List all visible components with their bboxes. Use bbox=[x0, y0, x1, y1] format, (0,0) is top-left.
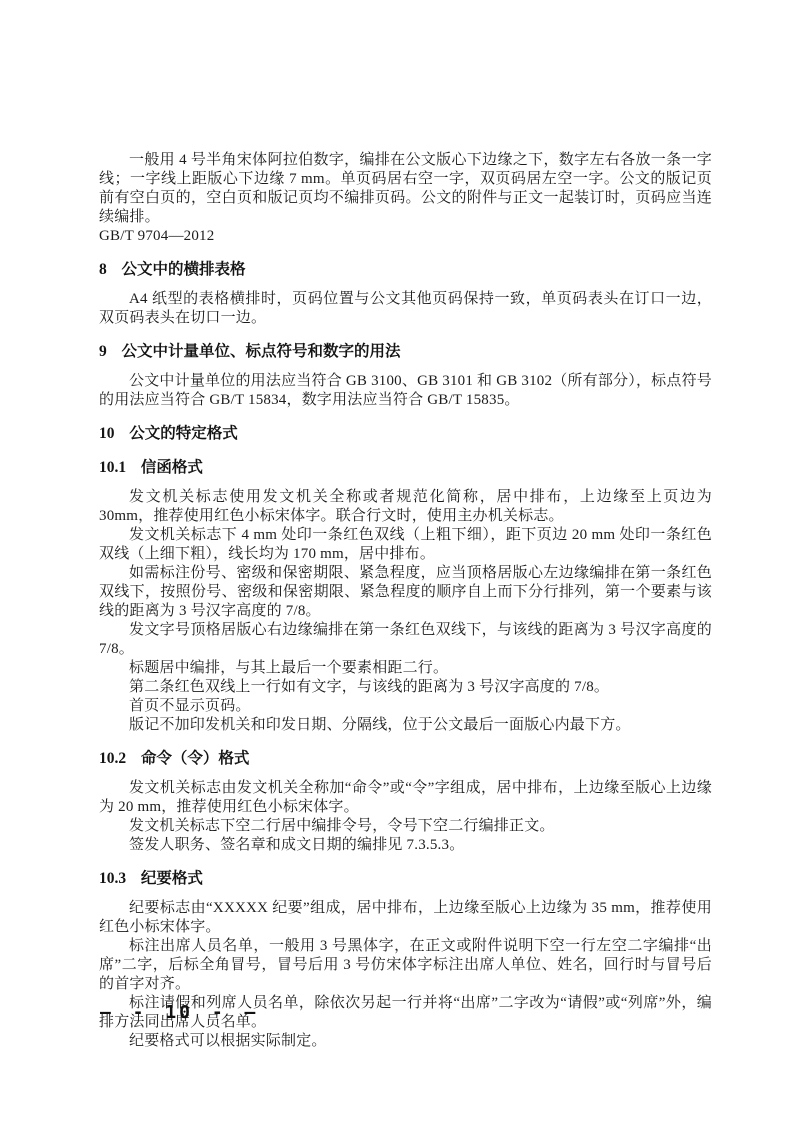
paragraph: 发文机关标志下空二行居中编排令号，令号下空二行编排正文。 bbox=[99, 817, 712, 836]
paragraph: 发文字号顶格居版心右边缘编排在第一条红色双线下，与该线的距离为 3 号汉字高度的… bbox=[99, 621, 712, 659]
standard-reference: GB/T 9704—2012 bbox=[99, 227, 712, 246]
intro-paragraph: 一般用 4 号半角宋体阿拉伯数字，编排在公文版心下边缘之下，数字左右各放一条一字… bbox=[99, 151, 712, 227]
document-page: 一般用 4 号半角宋体阿拉伯数字，编排在公文版心下边缘之下，数字左右各放一条一字… bbox=[0, 0, 793, 1122]
section-heading-9: 9公文中计量单位、标点符号和数字的用法 bbox=[99, 342, 712, 362]
paragraph: A4 纸型的表格横排时，页码位置与公文其他页码保持一致，单页码表头在订口一边，双… bbox=[99, 290, 712, 328]
subsection-heading-10-2: 10.2命令（令）格式 bbox=[99, 749, 712, 769]
section-number: 10 bbox=[99, 424, 115, 444]
paragraph: 首页不显示页码。 bbox=[99, 697, 712, 716]
subsection-number: 10.2 bbox=[99, 749, 126, 769]
paragraph: 版记不加印发机关和印发日期、分隔线，位于公文最后一面版心内最下方。 bbox=[99, 716, 712, 735]
subsection-title: 纪要格式 bbox=[141, 870, 203, 887]
section-number: 9 bbox=[99, 342, 107, 362]
section-title: 公文中计量单位、标点符号和数字的用法 bbox=[121, 343, 400, 360]
page-number: — - 10 - — bbox=[100, 1002, 258, 1023]
subsection-heading-10-1: 10.1信函格式 bbox=[99, 458, 712, 478]
paragraph: 发文机关标志下 4 mm 处印一条红色双线（上粗下细），距下页边 20 mm 处… bbox=[99, 526, 712, 564]
paragraph: 签发人职务、签名章和成文日期的编排见 7.3.5.3。 bbox=[99, 836, 712, 855]
subsection-heading-10-3: 10.3纪要格式 bbox=[99, 869, 712, 889]
paragraph: 发文机关标志使用发文机关全称或者规范化简称，居中排布，上边缘至上页边为 30mm… bbox=[99, 488, 712, 526]
subsection-title: 命令（令）格式 bbox=[141, 750, 250, 767]
paragraph: 标题居中编排，与其上最后一个要素相距二行。 bbox=[99, 659, 712, 678]
section-title: 公文的特定格式 bbox=[129, 425, 238, 442]
paragraph: 纪要标志由“XXXXX 纪要”组成，居中排布，上边缘至版心上边缘为 35 mm，… bbox=[99, 899, 712, 937]
section-number: 8 bbox=[99, 260, 107, 280]
paragraph: 标注出席人员名单，一般用 3 号黑体字，在正文或附件说明下空一行左空二字编排“出… bbox=[99, 937, 712, 994]
subsection-number: 10.1 bbox=[99, 458, 126, 478]
subsection-number: 10.3 bbox=[99, 869, 126, 889]
paragraph: 公文中计量单位的用法应当符合 GB 3100、GB 3101 和 GB 3102… bbox=[99, 372, 712, 410]
paragraph: 第二条红色双线上一行如有文字，与该线的距离为 3 号汉字高度的 7/8。 bbox=[99, 678, 712, 697]
paragraph: 纪要格式可以根据实际制定。 bbox=[99, 1032, 712, 1051]
section-title: 公文中的横排表格 bbox=[121, 261, 245, 278]
paragraph: 发文机关标志由发文机关全称加“命令”或“令”字组成，居中排布，上边缘至版心上边缘… bbox=[99, 779, 712, 817]
section-heading-10: 10公文的特定格式 bbox=[99, 424, 712, 444]
subsection-title: 信函格式 bbox=[141, 459, 203, 476]
page-body: 一般用 4 号半角宋体阿拉伯数字，编排在公文版心下边缘之下，数字左右各放一条一字… bbox=[99, 151, 712, 1051]
paragraph: 如需标注份号、密级和保密期限、紧急程度，应当顶格居版心左边缘编排在第一条红色双线… bbox=[99, 564, 712, 621]
section-heading-8: 8公文中的横排表格 bbox=[99, 260, 712, 280]
